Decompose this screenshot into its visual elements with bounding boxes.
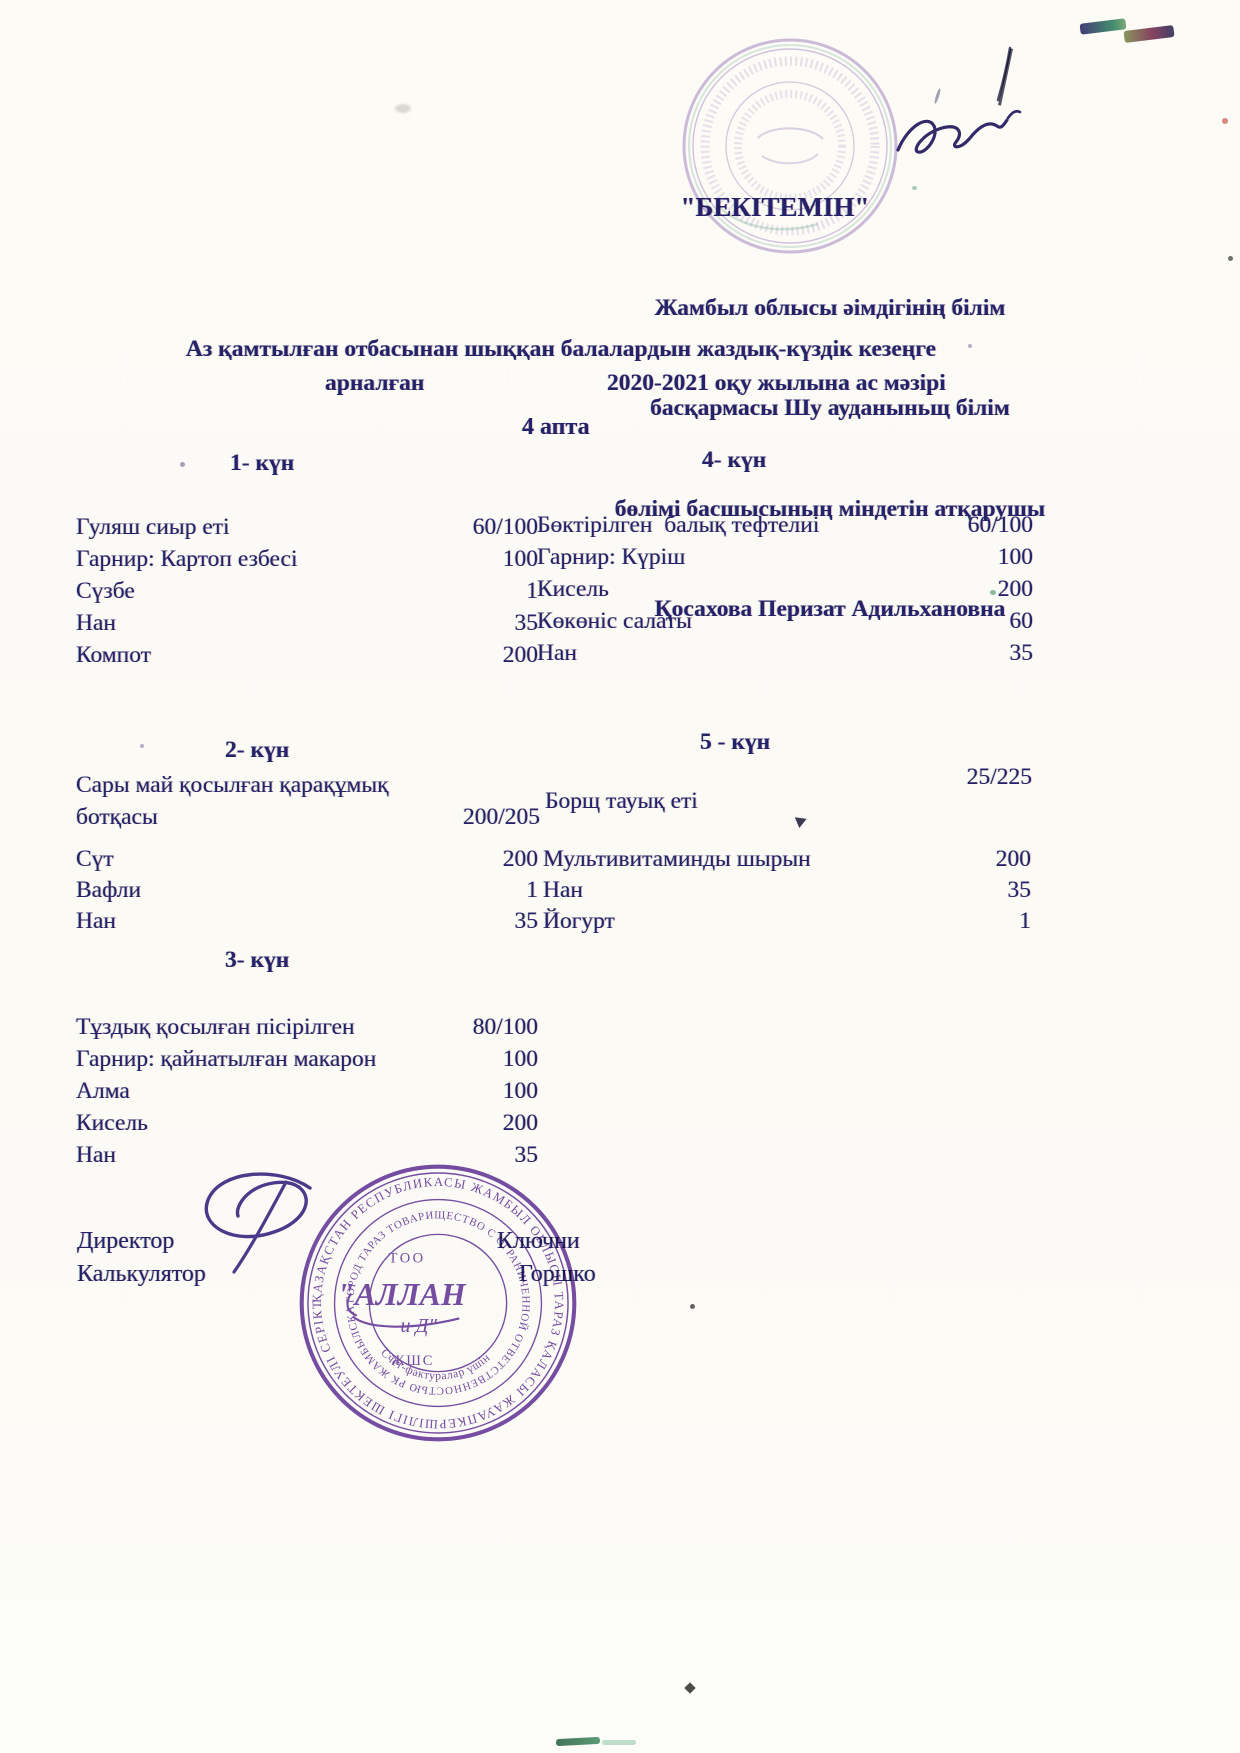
item-qty: 200 [503, 846, 538, 873]
menu-item-row: Вафли1 [76, 877, 538, 904]
item-qty: 100 [503, 546, 538, 573]
menu-item-row: Нан35 [537, 640, 1033, 667]
item-name: Сүт [76, 846, 114, 873]
day-header-1: 1- күн [230, 450, 294, 477]
item-qty: 35 [1008, 877, 1032, 904]
scanned-menu-document: "БЕКІТЕМІН" Жамбыл облысы әімдігінің біл… [0, 0, 1240, 1753]
director-label: Директор [77, 1228, 174, 1255]
item-name-cont: ботқасы [76, 804, 158, 831]
green-dash-smear [602, 1740, 636, 1745]
signature-stroke [898, 120, 1007, 152]
stamp-ring [726, 82, 854, 210]
item-name: Тұздық қосылған пісірілген [76, 1014, 355, 1041]
doc-title-line1: Аз қамтылған отбасынан шыққан балалардын… [161, 336, 961, 363]
menu-item-row: Нан35 [76, 610, 538, 637]
item-name: Сары май қосылған қарақұмық [76, 772, 389, 799]
item-name: Компот [76, 642, 151, 669]
doc-title-line2-right: 2020-2021 оқу жылына ас мәзірі [607, 370, 946, 397]
week-heading: 4 апта [522, 414, 590, 441]
signature-slash [998, 48, 1010, 100]
day-header-4: 4- күн [702, 447, 766, 474]
menu-item-row: Нан35 [76, 908, 538, 935]
scan-streak-2 [1123, 25, 1174, 43]
menu-item-row: Гарнир: қайнатылған макарон100 [76, 1046, 538, 1073]
item-qty: 25/225 [537, 764, 1032, 791]
approval-line: басқармасы Шу ауданыньщ білім [600, 392, 1060, 426]
menu-item-row: Кисель200 [537, 576, 1033, 603]
day-header-3: 3- күн [225, 947, 289, 974]
day-header-5: 5 - күн [700, 729, 770, 756]
item-name: Вафли [76, 877, 141, 904]
item-qty: 100 [998, 544, 1033, 571]
menu-item-row: Кисель200 [76, 1110, 538, 1137]
stamp-text-ring-blur [738, 94, 842, 198]
item-name: Мультивитаминды шырын [543, 846, 811, 873]
ink-dot-diamond [684, 1682, 695, 1693]
scan-streak-1 [1080, 18, 1127, 35]
menu-item-row: Гарнир: Картоп езбесі100 [76, 546, 538, 573]
item-qty: 60/100 [473, 514, 538, 541]
scan-speck [1222, 118, 1228, 124]
scan-speck [140, 744, 144, 748]
ink-blot-triangle [793, 817, 806, 829]
item-name: Гарнир: қайнатылған макарон [76, 1046, 376, 1073]
menu-item-row: Сүт200 [76, 846, 538, 873]
doc-title-line2-left: арналған [325, 370, 424, 397]
item-name: Нан [76, 908, 116, 935]
item-qty: 35 [1010, 640, 1034, 667]
item-name: Сүзбе [76, 578, 135, 605]
scan-speck [180, 462, 185, 467]
menu-item-row: Тұздық қосылған пісірілген80/100 [76, 1014, 538, 1041]
item-qty: 35 [515, 908, 539, 935]
item-qty: 60 [1010, 608, 1034, 635]
item-name: Кисель [537, 576, 609, 603]
item-name: Борщ тауық еті [545, 788, 698, 815]
menu-item-row: Компот200 [76, 642, 538, 669]
menu-item-row: Гуляш сиыр еті60/100 [76, 514, 538, 541]
menu-item-row: Бөктірілген балық тефтелиі60/100 [537, 512, 1033, 539]
item-qty: 200 [996, 846, 1031, 873]
item-qty: 60/100 [968, 512, 1033, 539]
signature-flick [1008, 111, 1020, 118]
item-name: Нан [76, 1142, 116, 1169]
menu-item-row: Гарнир: Күріш100 [537, 544, 1033, 571]
item-qty: 35 [515, 610, 539, 637]
item-name: Гарнир: Картоп езбесі [76, 546, 298, 573]
scan-speck [1228, 256, 1233, 261]
item-qty: 100 [503, 1078, 538, 1105]
menu-item-row: Көкөніс салаты60 [537, 608, 1033, 635]
item-qty: 80/100 [473, 1014, 538, 1041]
item-name: Нан [537, 640, 577, 667]
item-qty: 200/205 [463, 804, 540, 831]
signature-tail [234, 1182, 286, 1272]
item-qty: 100 [503, 1046, 538, 1073]
item-name: Гуляш сиыр еті [76, 514, 230, 541]
menu-item-row: ботқасы200/205 [76, 804, 540, 831]
stamp-emblem-squiggle [758, 128, 823, 139]
stamp-center-name: "АЛЛАН [337, 1277, 467, 1312]
approval-line: Жамбыл облысы әімдігінің білім [600, 292, 1060, 326]
stamp-center-too: ТОО [389, 1250, 426, 1266]
item-name: Гарнир: Күріш [537, 544, 685, 571]
item-name: Бөктірілген балық тефтелиі [537, 512, 819, 539]
item-qty: 200 [998, 576, 1033, 603]
item-qty: 1 [526, 877, 538, 904]
item-qty: 1 [1019, 908, 1031, 935]
scan-speck [690, 1304, 695, 1309]
scan-speck [395, 104, 411, 113]
menu-item-row: Мультивитаминды шырын200 [543, 846, 1031, 873]
item-name: Нан [543, 877, 583, 904]
menu-item-row: Йогурт1 [543, 908, 1031, 935]
item-name: Нан [76, 610, 116, 637]
item-qty: 200 [503, 642, 538, 669]
item-name: Алма [76, 1078, 130, 1105]
item-name: Йогурт [543, 908, 615, 935]
director-signature [182, 1160, 342, 1285]
menu-item-row: Алма100 [76, 1078, 538, 1105]
item-qty: 200 [503, 1110, 538, 1137]
approval-signature [850, 38, 1060, 173]
item-name: Кисель [76, 1110, 148, 1137]
item-name: Көкөніс салаты [537, 608, 692, 635]
menu-item-row: Нан35 [543, 877, 1031, 904]
signature-loop [206, 1174, 310, 1237]
stamp-emblem-squiggle [762, 154, 818, 163]
day-header-2: 2- күн [225, 737, 289, 764]
green-dash-mark [556, 1737, 600, 1746]
menu-item-row: Сүзбе1 [76, 578, 538, 605]
